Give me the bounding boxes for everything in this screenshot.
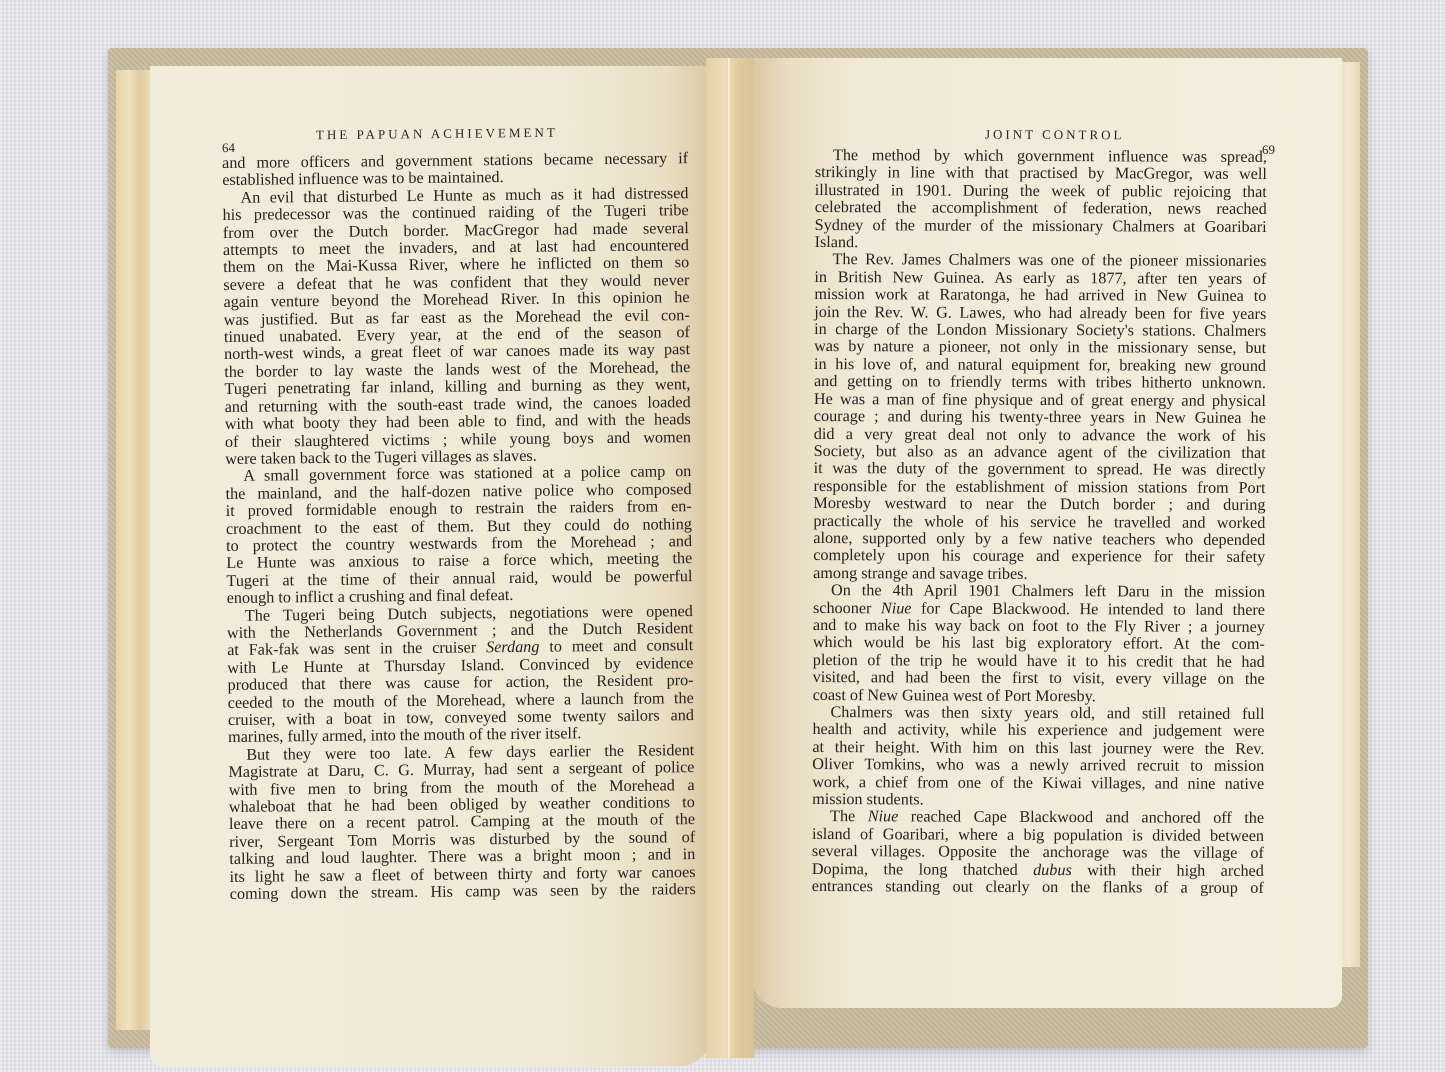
italic-term: Niue xyxy=(868,808,899,826)
italic-term: Serdang xyxy=(486,638,540,657)
text-line: entrances standing out clearly on the fl… xyxy=(812,878,1264,897)
right-running-head: JOINT CONTROL xyxy=(985,127,1125,144)
right-page-body: The method by which government influence… xyxy=(812,147,1267,897)
italic-term: Niue xyxy=(881,599,912,617)
left-running-head: THE PAPUAN ACHIEVEMENT xyxy=(316,125,558,144)
italic-term: dubus xyxy=(1033,861,1072,879)
text-line: Sydney of the murder of the missionary C… xyxy=(815,217,1267,236)
book-gutter xyxy=(706,58,754,1058)
left-page-body: and more officers and government station… xyxy=(222,150,696,903)
